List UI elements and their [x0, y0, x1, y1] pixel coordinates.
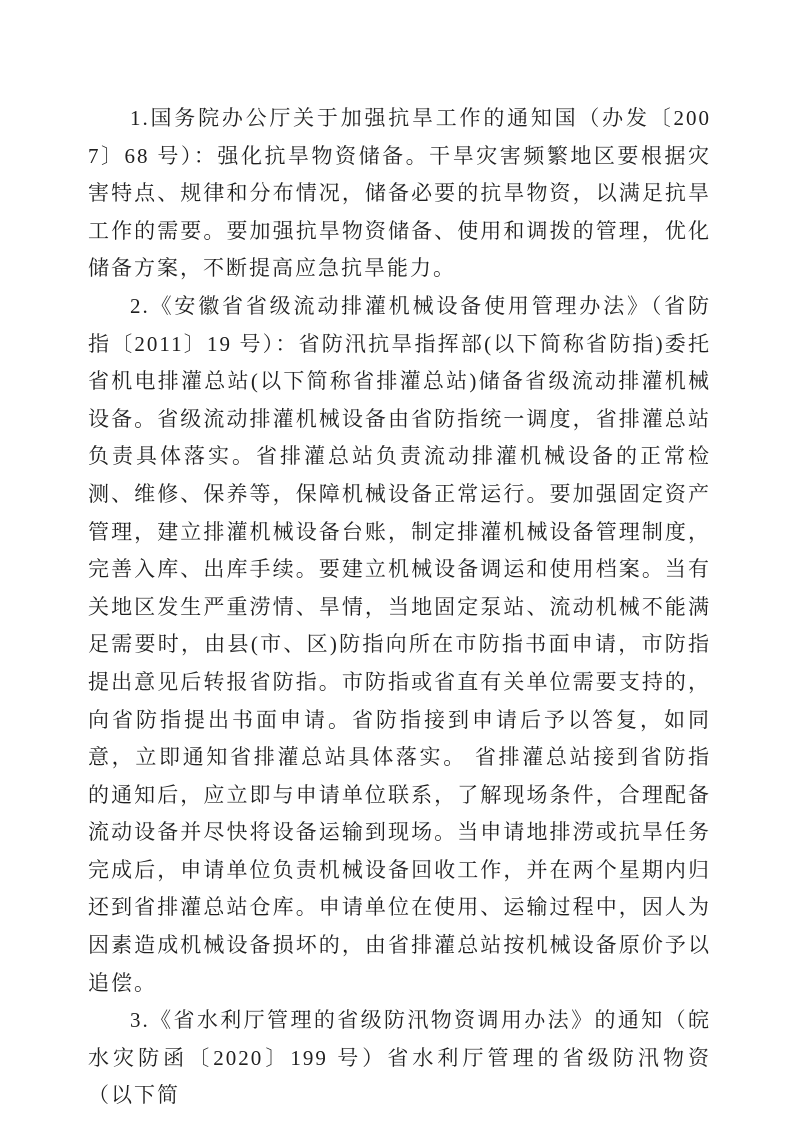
document-body: 1.国务院办公厅关于加强抗旱工作的通知国（办发〔2007〕68 号）：强化抗旱物…: [88, 100, 711, 1115]
document-page: 1.国务院办公厅关于加强抗旱工作的通知国（办发〔2007〕68 号）：强化抗旱物…: [0, 0, 793, 1122]
paragraph-mobile-equipment-measures: 2.《安徽省省级流动排灌机械设备使用管理办法》（省防指〔2011〕19 号）：省…: [88, 288, 711, 1002]
paragraph-drought-relief-notice: 1.国务院办公厅关于加强抗旱工作的通知国（办发〔2007〕68 号）：强化抗旱物…: [88, 100, 711, 288]
paragraph-flood-supplies-notice: 3.《省水利厅管理的省级防汛物资调用办法》的通知（皖水灾防函〔2020〕199 …: [88, 1002, 711, 1115]
